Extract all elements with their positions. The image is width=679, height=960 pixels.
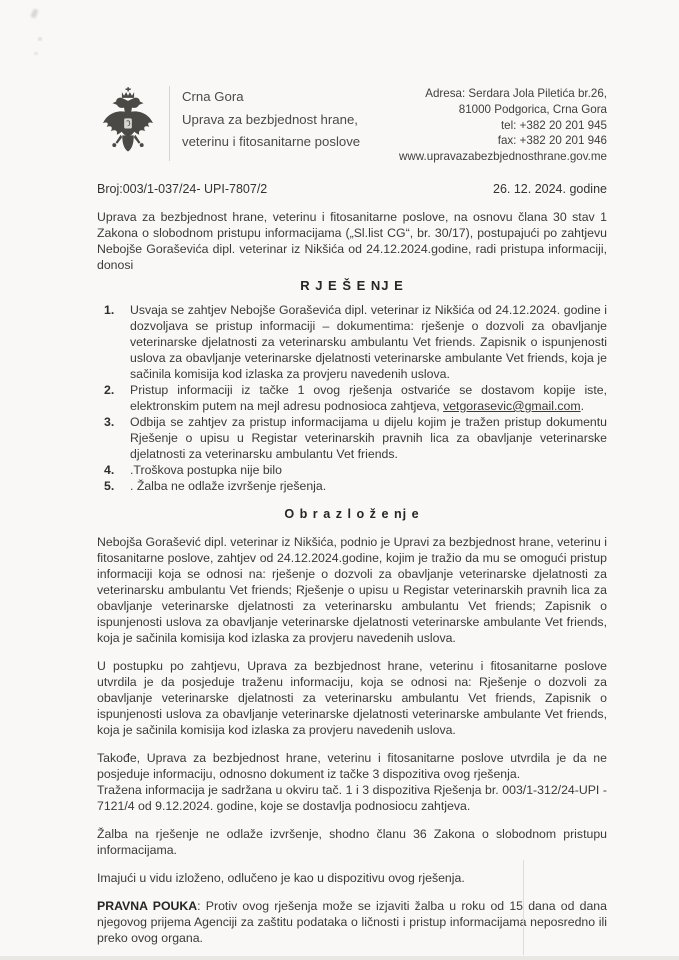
paragraph: Tražena informacija je sadržana u okviru…: [97, 782, 607, 814]
reference-row: Broj:003/1-037/24- UPI-7807/2 26. 12. 20…: [97, 181, 607, 197]
org-name-line1: Uprava za bezbjednost hrane,: [182, 109, 360, 131]
reference-number: Broj:003/1-037/24- UPI-7807/2: [97, 181, 267, 197]
decision-item: 5. . Žalba ne odlaže izvršenje rješenja.: [97, 478, 607, 494]
item-number: 3.: [104, 414, 114, 430]
document-date: 26. 12. 2024. godine: [493, 181, 607, 197]
item-number: 2.: [104, 382, 114, 398]
item-text: . Žalba ne odlaže izvršenje rješenja.: [130, 479, 326, 493]
scanned-document-page: Crna Gora Uprava za bezbjednost hrane, v…: [0, 0, 679, 960]
letterhead-divider: [169, 86, 170, 161]
decision-item: 2. Pristup informaciji iz tačke 1 ovog r…: [97, 382, 607, 414]
website-url: www.upravazabezbjednosthrane.gov.me: [399, 149, 607, 165]
paragraph: Žalba na rješenje ne odlaže izvršenje, s…: [97, 826, 607, 858]
item-number: 5.: [104, 478, 114, 494]
scan-artifact: [34, 52, 38, 55]
paragraph: Nebojša Gorašević dipl. veterinar iz Nik…: [97, 534, 607, 646]
legal-notice: PRAVNA POUKA: Protiv ovog rješenja može …: [97, 898, 607, 946]
decision-item: 4. .Troškova postupka nije bilo: [97, 462, 607, 478]
item-text: Odbija se zahtjev za pristup informacija…: [130, 415, 607, 461]
decision-item: 1. Usvaja se zahtjev Nebojše Goraševića …: [97, 302, 607, 382]
item-number: 1.: [104, 302, 114, 318]
intro-paragraph: Uprava za bezbjednost hrane, veterinu i …: [97, 209, 607, 273]
item-text: .Troškova postupka nije bilo: [130, 463, 282, 477]
scan-artifact: [0, 956, 679, 960]
legal-notice-label: PRAVNA POUKA: [97, 899, 197, 913]
decision-title: R J E Š E NJ E: [97, 278, 607, 294]
address-line2: 81000 Podgorica, Crna Gora: [399, 102, 607, 118]
address-line1: Adresa: Serdara Jola Piletića br.26,: [399, 86, 607, 102]
org-country: Crna Gora: [182, 86, 360, 108]
letterhead: Crna Gora Uprava za bezbjednost hrane, v…: [97, 84, 607, 165]
paragraph: U postupku po zahtjevu, Uprava za bezbje…: [97, 658, 607, 738]
phone-number: tel: +382 20 201 945: [399, 118, 607, 134]
scan-artifact: [30, 8, 38, 18]
email-address: vetgorasevic@gmail.com: [443, 399, 581, 413]
item-number: 4.: [104, 462, 114, 478]
item-text-suffix: .: [581, 399, 584, 413]
decision-item: 3. Odbija se zahtjev za pristup informac…: [97, 414, 607, 462]
contact-block: Adresa: Serdara Jola Piletića br.26, 810…: [399, 84, 607, 165]
organization-name: Crna Gora Uprava za bezbjednost hrane, v…: [182, 84, 360, 153]
paragraph: Takođe, Uprava za bezbjednost hrane, vet…: [97, 750, 607, 782]
item-text: Usvaja se zahtjev Nebojše Goraševića dip…: [130, 303, 607, 381]
section-title-obrazlozenje: O b r a z l o ž e nj e: [97, 506, 607, 522]
scan-artifact: [38, 37, 42, 41]
fax-number: fax: +382 20 201 946: [399, 133, 607, 149]
montenegro-coat-of-arms-icon: [97, 86, 159, 164]
paragraph: Imajući u vidu izloženo, odlučeno je kao…: [97, 870, 607, 886]
org-name-line2: veterinu i fitosanitarne poslove: [182, 131, 360, 153]
decision-items: 1. Usvaja se zahtjev Nebojše Goraševića …: [97, 302, 607, 494]
